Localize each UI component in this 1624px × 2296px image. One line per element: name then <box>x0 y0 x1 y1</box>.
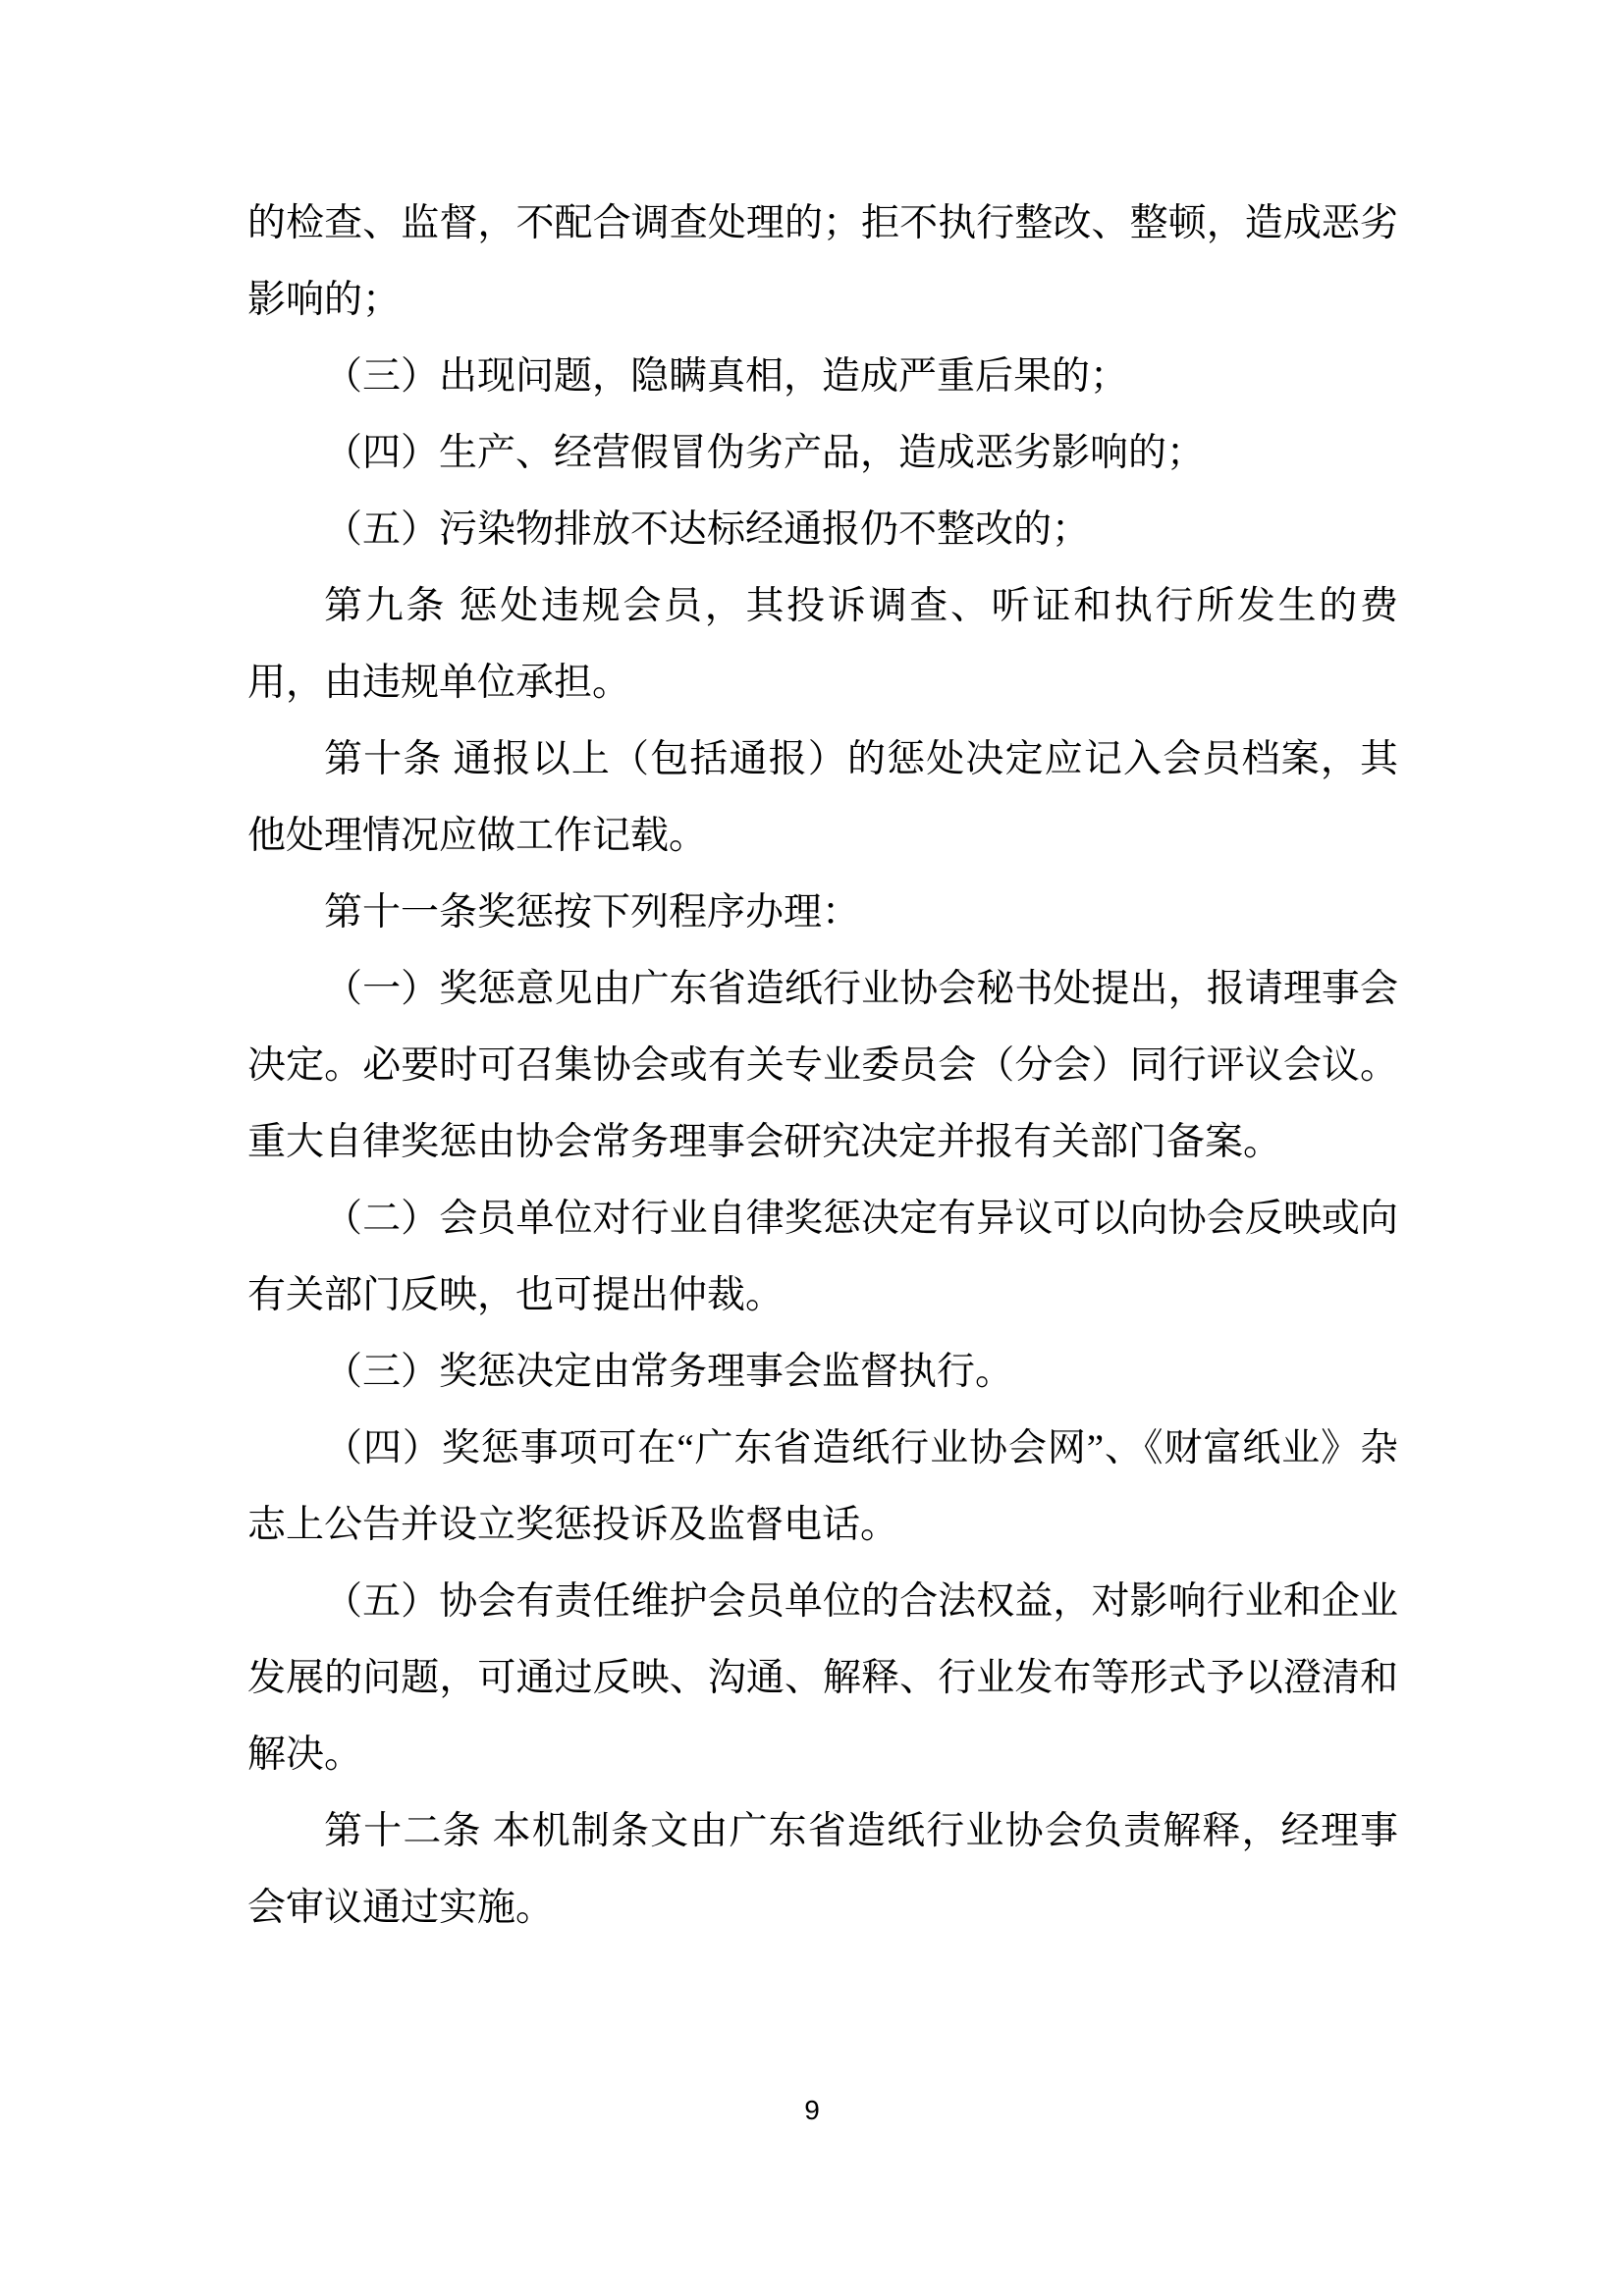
paragraph: （三）出现问题，隐瞒真相，造成严重后果的； <box>247 339 1398 415</box>
paragraph: 的检查、监督，不配合调查处理的；拒不执行整改、整顿，造成恶劣影响的； <box>247 186 1398 339</box>
paragraph: （一）奖惩意见由广东省造纸行业协会秘书处提出，报请理事会决定。必要时可召集协会或… <box>247 951 1398 1181</box>
page-number: 9 <box>0 2095 1624 2126</box>
paragraph: （五）污染物排放不达标经通报仍不整改的； <box>247 492 1398 568</box>
paragraph: （五）协会有责任维护会员单位的合法权益，对影响行业和企业发展的问题，可通过反映、… <box>247 1564 1398 1793</box>
paragraph: （三）奖惩决定由常务理事会监督执行。 <box>247 1334 1398 1411</box>
document-body: 的检查、监督，不配合调查处理的；拒不执行整改、整顿，造成恶劣影响的；（三）出现问… <box>247 186 1398 1947</box>
paragraph: 第十二条 本机制条文由广东省造纸行业协会负责解释，经理事会审议通过实施。 <box>247 1793 1398 1947</box>
paragraph: （二）会员单位对行业自律奖惩决定有异议可以向协会反映或向有关部门反映，也可提出仲… <box>247 1181 1398 1334</box>
document-page: 的检查、监督，不配合调查处理的；拒不执行整改、整顿，造成恶劣影响的；（三）出现问… <box>0 0 1624 2296</box>
paragraph: 第九条 惩处违规会员，其投诉调查、听证和执行所发生的费用，由违规单位承担。 <box>247 568 1398 721</box>
paragraph: 第十条 通报以上（包括通报）的惩处决定应记入会员档案，其他处理情况应做工作记载。 <box>247 721 1398 875</box>
paragraph: （四）生产、经营假冒伪劣产品，造成恶劣影响的； <box>247 415 1398 492</box>
paragraph: 第十一条奖惩按下列程序办理： <box>247 875 1398 951</box>
paragraph: （四）奖惩事项可在“广东省造纸行业协会网”、《财富纸业》杂志上公告并设立奖惩投诉… <box>247 1411 1398 1564</box>
